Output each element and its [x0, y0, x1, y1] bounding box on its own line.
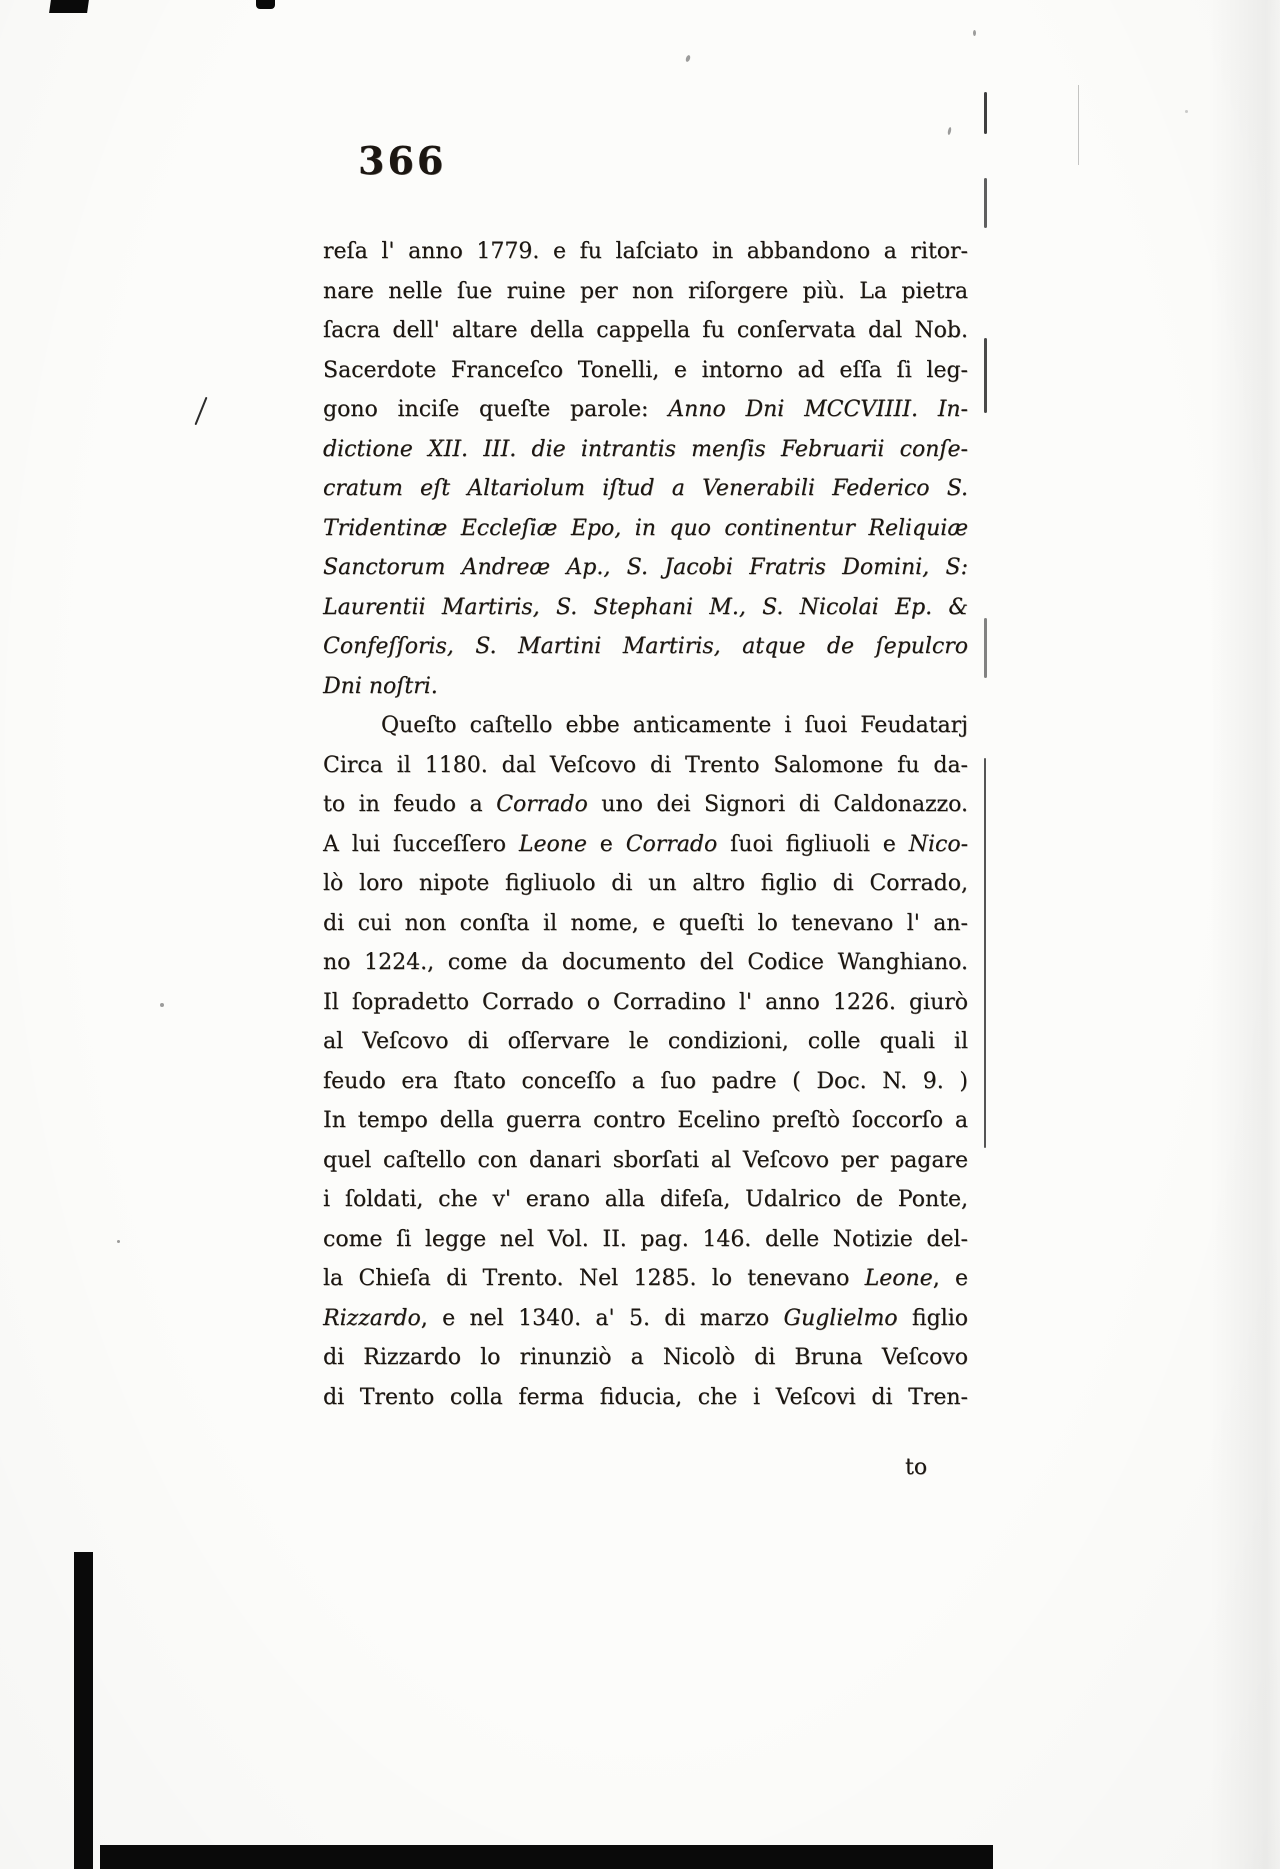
text-line: Sacerdote Franceſco Tonelli, e intorno a… [323, 351, 968, 391]
text-segment: to in feudo a [323, 792, 496, 817]
text-line: ſacra dell' altare della cappella fu con… [323, 311, 968, 351]
noise-speck [117, 1240, 120, 1243]
top-edge-ink-mark [49, 0, 89, 13]
text-line: la Chieſa di Trento. Nel 1285. lo teneva… [323, 1259, 968, 1299]
text-segment: A lui ſucceſſero [323, 832, 519, 857]
top-edge-ink-mark [256, 0, 275, 9]
text-segment: e [587, 832, 626, 857]
text-line: nare nelle ſue ruine per non riſorgere p… [323, 272, 968, 312]
italic-text-segment: Laurentii Martiris, S. Stephani M., S. N… [323, 595, 968, 620]
bottom-scan-bar [100, 1845, 993, 1869]
text-line: Sanctorum Andreæ Ap., S. Jacobi Fratris … [323, 548, 968, 588]
text-line: i ſoldati, che v' erano alla difeſa, Uda… [323, 1180, 968, 1220]
text-segment: Sacerdote Franceſco Tonelli, e intorno a… [323, 358, 968, 383]
text-line: Dni noſtri. [323, 667, 968, 707]
text-segment: In tempo della guerra contro Ecelino pre… [323, 1108, 968, 1133]
text-line: A lui ſucceſſero Leone e Corrado ſuoi fi… [323, 825, 968, 865]
italic-text-segment: Leone [519, 832, 587, 857]
right-edge-shadow [1210, 0, 1280, 1869]
italic-text-segment: Nico- [909, 832, 968, 857]
text-segment: ſacra dell' altare della cappella fu con… [323, 318, 968, 343]
text-line: di Rizzardo lo rinunziò a Nicolò di Brun… [323, 1338, 968, 1378]
text-line: feudo era ſtato conceſſo a ſuo padre ( D… [323, 1062, 968, 1102]
text-line: Confeſſoris, S. Martini Martiris, atque … [323, 627, 968, 667]
italic-text-segment: dictione XII. III. die intrantis menſis … [323, 437, 968, 462]
text-segment: i ſoldati, che v' erano alla difeſa, Uda… [323, 1187, 968, 1212]
italic-text-segment: Corrado [626, 832, 718, 857]
text-line: al Veſcovo di oſſervare le condizioni, c… [323, 1022, 968, 1062]
noise-speck [160, 1003, 164, 1007]
text-segment: Queſto caſtello ebbe anticamente i ſuoi … [381, 713, 968, 738]
italic-text-segment: Dni noſtri. [323, 674, 438, 699]
text-segment: uno dei Signori di Caldonazzo. [588, 792, 968, 817]
text-line: di Trento colla ferma fiducia, che i Veſ… [323, 1378, 968, 1418]
text-segment: reſa l' anno 1779. e fu laſciato in abba… [323, 239, 968, 264]
text-segment: la Chieſa di Trento. Nel 1285. lo teneva… [323, 1266, 865, 1291]
right-faint-line [1078, 85, 1079, 165]
text-segment: di cui non conſta il nome, e queſti lo t… [323, 911, 968, 936]
text-line: Il ſopradetto Corrado o Corradino l' ann… [323, 983, 968, 1023]
text-block: reſa l' anno 1779. e fu laſciato in abba… [323, 232, 968, 1417]
italic-text-segment: Corrado [496, 792, 588, 817]
text-segment: , e [933, 1266, 968, 1291]
text-segment: di Trento colla ferma fiducia, che i Veſ… [323, 1385, 968, 1410]
text-line: to in feudo a Corrado uno dei Signori di… [323, 785, 968, 825]
text-segment: nare nelle ſue ruine per non riſorgere p… [323, 279, 968, 304]
text-line: Tridentinæ Eccleſiæ Epo, in quo continen… [323, 509, 968, 549]
text-line: Laurentii Martiris, S. Stephani M., S. N… [323, 588, 968, 628]
text-line: Rizzardo, e nel 1340. a' 5. di marzo Gug… [323, 1299, 968, 1339]
noise-speck [1185, 110, 1188, 113]
text-line: gono inciſe queſte parole: Anno Dni MCCV… [323, 390, 968, 430]
italic-text-segment: Tridentinæ Eccleſiæ Epo, in quo continen… [323, 516, 968, 541]
text-line: Circa il 1180. dal Veſcovo di Trento Sal… [323, 746, 968, 786]
text-segment: figlio [898, 1306, 968, 1331]
scanned-book-page: 366 reſa l' anno 1779. e fu laſciato in … [0, 0, 1280, 1869]
text-line: lò loro nipote figliuolo di un altro fig… [323, 864, 968, 904]
text-segment: , e nel 1340. a' 5. di marzo [421, 1306, 784, 1331]
text-segment: lò loro nipote figliuolo di un altro fig… [323, 871, 968, 896]
text-line: dictione XII. III. die intrantis menſis … [323, 430, 968, 470]
text-line: reſa l' anno 1779. e fu laſciato in abba… [323, 232, 968, 272]
noise-speck [947, 127, 952, 135]
text-segment: Il ſopradetto Corrado o Corradino l' ann… [323, 990, 968, 1015]
right-margin-line [984, 758, 986, 1148]
text-segment: feudo era ſtato conceſſo a ſuo padre ( D… [323, 1069, 968, 1094]
text-segment: al Veſcovo di oſſervare le condizioni, c… [323, 1029, 968, 1054]
text-line: quel caſtello con danari sborſati al Veſ… [323, 1141, 968, 1181]
italic-text-segment: Leone [865, 1266, 933, 1291]
noise-speck [973, 30, 976, 36]
italic-text-segment: cratum eſt Altariolum iſtud a Venerabili… [323, 476, 968, 501]
text-segment: Circa il 1180. dal Veſcovo di Trento Sal… [323, 753, 968, 778]
right-margin-line [984, 92, 987, 134]
text-line: cratum eſt Altariolum iſtud a Venerabili… [323, 469, 968, 509]
noise-speck [685, 55, 691, 63]
italic-text-segment: Anno Dni MCCVIIII. In- [668, 397, 968, 422]
text-line: come ſi legge nel Vol. II. pag. 146. del… [323, 1220, 968, 1260]
text-segment: quel caſtello con danari sborſati al Veſ… [323, 1148, 968, 1173]
italic-text-segment: Sanctorum Andreæ Ap., S. Jacobi Fratris … [323, 555, 968, 580]
catchword: to [905, 1455, 927, 1480]
bottom-left-binding-bar [74, 1552, 93, 1869]
right-margin-line [984, 338, 987, 413]
text-segment: gono inciſe queſte parole: [323, 397, 668, 422]
text-line: In tempo della guerra contro Ecelino pre… [323, 1101, 968, 1141]
italic-text-segment: Rizzardo [323, 1306, 421, 1331]
text-segment: di Rizzardo lo rinunziò a Nicolò di Brun… [323, 1345, 968, 1370]
right-margin-line [984, 178, 987, 228]
text-segment: come ſi legge nel Vol. II. pag. 146. del… [323, 1227, 968, 1252]
text-segment: no 1224., come da documento del Codice W… [323, 950, 968, 975]
italic-text-segment: Guglielmo [783, 1306, 897, 1331]
text-line: di cui non conſta il nome, e queſti lo t… [323, 904, 968, 944]
right-margin-line [984, 618, 987, 678]
text-segment: ſuoi figliuoli e [717, 832, 908, 857]
left-margin-slash-mark [194, 397, 207, 426]
text-line: no 1224., come da documento del Codice W… [323, 943, 968, 983]
text-line: Queſto caſtello ebbe anticamente i ſuoi … [323, 706, 968, 746]
page-number: 366 [358, 138, 446, 183]
italic-text-segment: Confeſſoris, S. Martini Martiris, atque … [323, 634, 968, 659]
